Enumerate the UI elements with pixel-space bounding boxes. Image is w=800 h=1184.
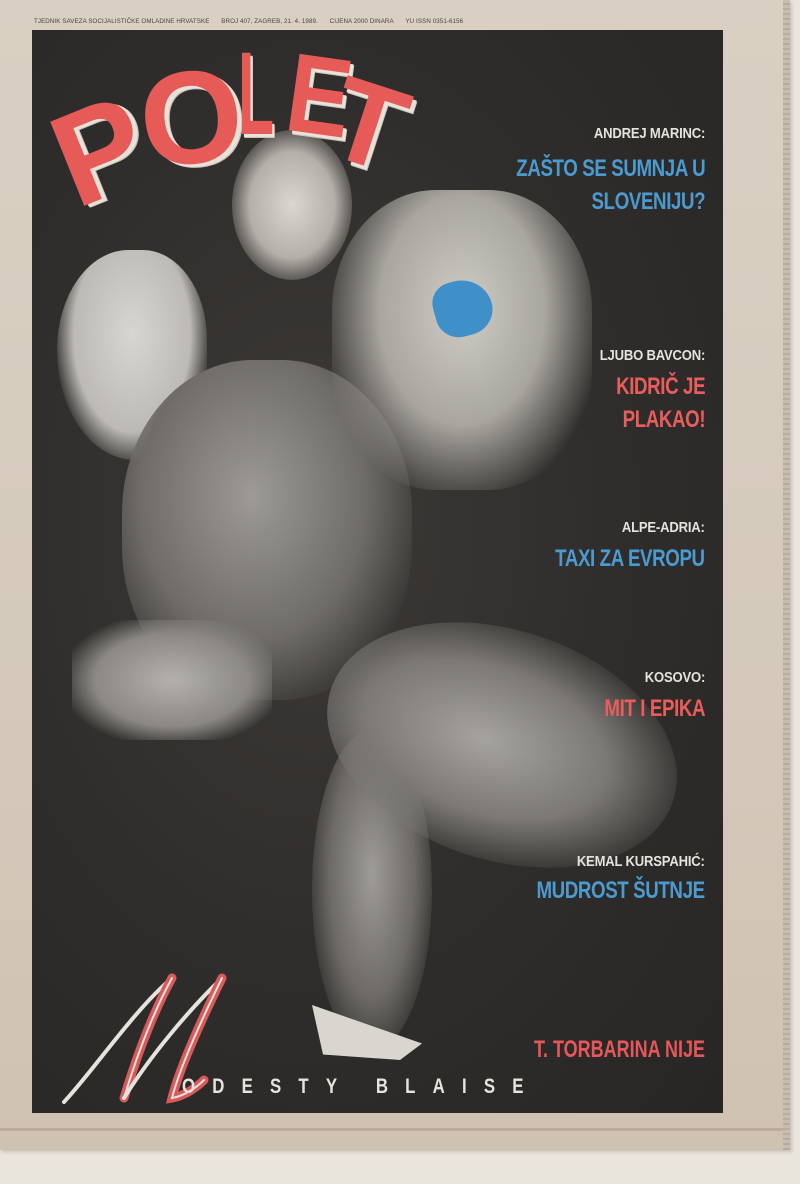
teaser-torbarina: T. TORBARINA NIJE xyxy=(534,1036,705,1064)
headline-kicker: KEMAL KURSPAHIĆ: xyxy=(511,854,705,870)
logo-letter-l: L xyxy=(238,35,274,153)
logo-letter-o: O xyxy=(133,47,249,189)
headline-title-line: MIT I EPIKA xyxy=(604,692,705,725)
headline-kicker: ANDREJ MARINC: xyxy=(487,126,705,142)
headline-title-line: MUDROST ŠUTNJE xyxy=(537,874,705,907)
headline-kicker: KOSOVO: xyxy=(589,670,705,686)
modesty-blaise-title: ODESTY BLAISE xyxy=(182,1075,614,1099)
headline-kicker: ALPE-ADRIA: xyxy=(532,520,705,536)
headline-title-line: PLAKAO! xyxy=(614,403,705,436)
headline-title-line: ZAŠTO SE SUMNJA U xyxy=(516,152,705,185)
sheet-edge xyxy=(783,0,790,1150)
headline-kicker: LJUBO BAVCON: xyxy=(600,348,705,364)
headline-title-line: SLOVENIJU? xyxy=(516,185,705,218)
polet-logo: P O L E T xyxy=(32,30,452,250)
headline-marinc: ANDREJ MARINC: ZAŠTO SE SUMNJA U SLOVENI… xyxy=(463,126,705,218)
masthead-info-strip: TJEDNIK SAVEZA SOCIJALISTIČKE OMLADINE H… xyxy=(34,18,734,28)
photo-handbag xyxy=(72,620,272,740)
headline-kurspahic: KEMAL KURSPAHIĆ: MUDROST ŠUTNJE xyxy=(489,854,705,907)
headline-alpe-adria: ALPE-ADRIA: TAXI ZA EVROPU xyxy=(513,520,705,575)
publisher-text: TJEDNIK SAVEZA SOCIJALISTIČKE OMLADINE H… xyxy=(34,18,209,25)
headline-title-line: KIDRIČ JE xyxy=(614,370,705,403)
price-text: CIJENA 2000 DINARA xyxy=(330,18,394,25)
issn-text: YU ISSN 0351-6156 xyxy=(405,18,463,25)
issue-text: BROJ 407, ZAGREB, 21. 4. 1989. xyxy=(221,18,318,25)
cover-photo-panel: P O L E T ANDREJ MARINC: ZAŠTO SE SUMNJA… xyxy=(32,30,723,1113)
headline-kosovo: KOSOVO: MIT I EPIKA xyxy=(576,670,705,725)
headline-title-line: TAXI ZA EVROPU xyxy=(555,542,705,575)
fold-crease xyxy=(0,1128,790,1131)
headline-bavcon: LJUBO BAVCON: KIDRIČ JE PLAKAO! xyxy=(588,348,705,436)
